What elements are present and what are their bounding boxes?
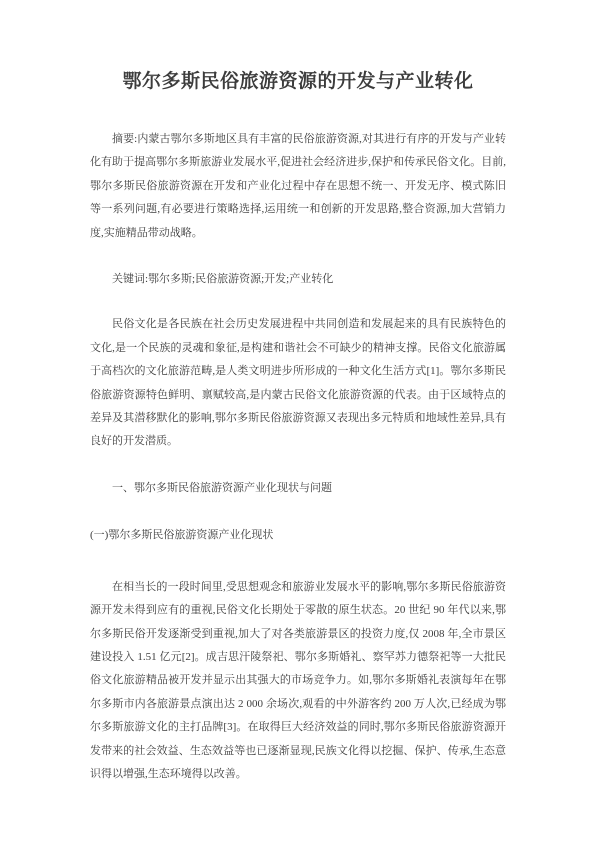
document-page: 鄂尔多斯民俗旅游资源的开发与产业转化 摘要:内蒙古鄂尔多斯地区具有丰富的民俗旅游… xyxy=(0,0,595,842)
keywords-line: 关键词:鄂尔多斯;民俗旅游资源;开发;产业转化 xyxy=(90,268,506,291)
intro-paragraph: 民俗文化是各民族在社会历史发展进程中共同创造和发展起来的具有民族特色的文化,是一… xyxy=(90,313,506,453)
section-1-paragraph: 在相当长的一段时间里,受思想观念和旅游业发展水平的影响,鄂尔多斯民俗旅游资源开发… xyxy=(90,576,506,787)
paper-title: 鄂尔多斯民俗旅游资源的开发与产业转化 xyxy=(90,69,506,95)
abstract-paragraph: 摘要:内蒙古鄂尔多斯地区具有丰富的民俗旅游资源,对其进行有序的开发与产业转化有助… xyxy=(90,128,506,245)
subsection-1-1-heading: (一)鄂尔多斯民俗旅游资源产业化现状 xyxy=(90,524,506,547)
section-1-heading: 一、鄂尔多斯民俗旅游资源产业化现状与问题 xyxy=(90,477,506,500)
